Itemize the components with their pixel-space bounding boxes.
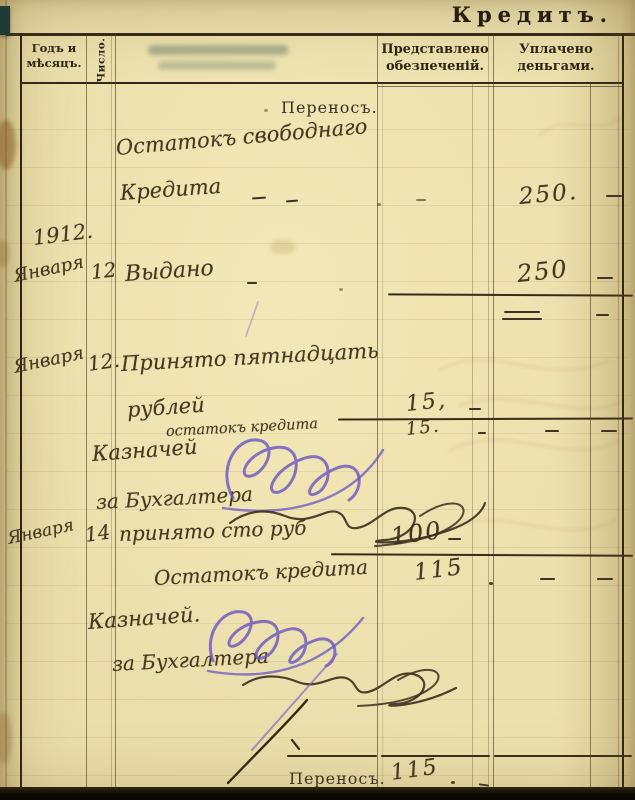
- header-presented: Представлено обезпеченій.: [379, 42, 491, 76]
- stray-violet-mark: [242, 300, 262, 340]
- scan-bottom-edge: [0, 787, 635, 800]
- header-paid-line2: деньгами.: [495, 59, 617, 76]
- cancellation-slash-marks: [180, 640, 360, 790]
- bleed-through-marks-top: [535, 95, 630, 155]
- ink-dot: [377, 203, 381, 206]
- header-paid: Уплачено деньгами.: [495, 42, 617, 76]
- entry-accepted100-day: 14: [83, 520, 112, 547]
- faint-stamp-line1: [148, 45, 288, 55]
- entry-issued-day: 12: [90, 257, 118, 284]
- ink-dash: [416, 199, 426, 201]
- table-left-border: [20, 33, 22, 791]
- entry-remainder15-amount: 15.: [405, 415, 442, 440]
- corner-binding-mark: [0, 6, 10, 35]
- ink-dot: [339, 288, 343, 291]
- table-right-border-inner: [618, 33, 619, 791]
- column-rule-presented-end: [493, 33, 494, 791]
- header-presented-line2: обезпеченій.: [379, 59, 491, 76]
- ink-dash: [597, 277, 613, 279]
- entry-issued-amount: 250: [516, 255, 570, 288]
- header-year-month: Годъ и мѣсяцъ.: [22, 41, 86, 71]
- paper-stain: [270, 240, 296, 254]
- header-day: Число.: [87, 36, 115, 83]
- ink-dot: [451, 781, 455, 784]
- ink-dash: [597, 578, 613, 580]
- page-title: Кредитъ.: [452, 2, 613, 27]
- ink-dash: [540, 578, 555, 580]
- header-bottom-rule-2: [377, 86, 623, 87]
- ledger-page: Кредитъ. Годъ и мѣсяцъ. Число. Представл…: [0, 0, 635, 800]
- ink-dash-equals-bottom: [502, 318, 542, 320]
- ink-dash-equals-top: [504, 311, 540, 313]
- faint-stamp-line2: [158, 61, 276, 70]
- ink-dash: [545, 430, 559, 432]
- ink-dash: [606, 195, 622, 197]
- ink-dot: [264, 109, 268, 112]
- accountant-signature-1: [225, 468, 490, 553]
- table-right-border: [622, 33, 624, 791]
- column-rule-paid-kopeck: [590, 84, 591, 791]
- entry-accepted15-day: 12.: [86, 348, 121, 376]
- ink-dot: [489, 582, 493, 585]
- column-rule-presented-kopeck: [472, 84, 473, 791]
- ink-dash: [469, 408, 481, 410]
- entry-accepted15-amount: 15,: [405, 388, 448, 417]
- header-year-month-line1: Годъ и: [22, 41, 86, 56]
- column-rule-presented-end-inner: [488, 33, 489, 791]
- entry-opening-amount: 250.: [518, 179, 579, 210]
- header-day-label: Число.: [95, 37, 107, 82]
- header-paid-line1: Уплачено: [495, 42, 617, 59]
- column-rule-day-inner: [111, 33, 112, 791]
- header-presented-line1: Представлено: [379, 42, 491, 59]
- ink-rule-bottom-3: [494, 755, 632, 757]
- page-left-edge: [5, 0, 7, 787]
- column-rule-yearmonth: [86, 33, 87, 791]
- header-year-month-line2: мѣсяцъ.: [22, 56, 86, 71]
- ink-dash: [601, 430, 617, 432]
- ink-dash: [596, 314, 609, 316]
- ink-dash: [247, 282, 257, 284]
- ink-dash: [478, 432, 486, 434]
